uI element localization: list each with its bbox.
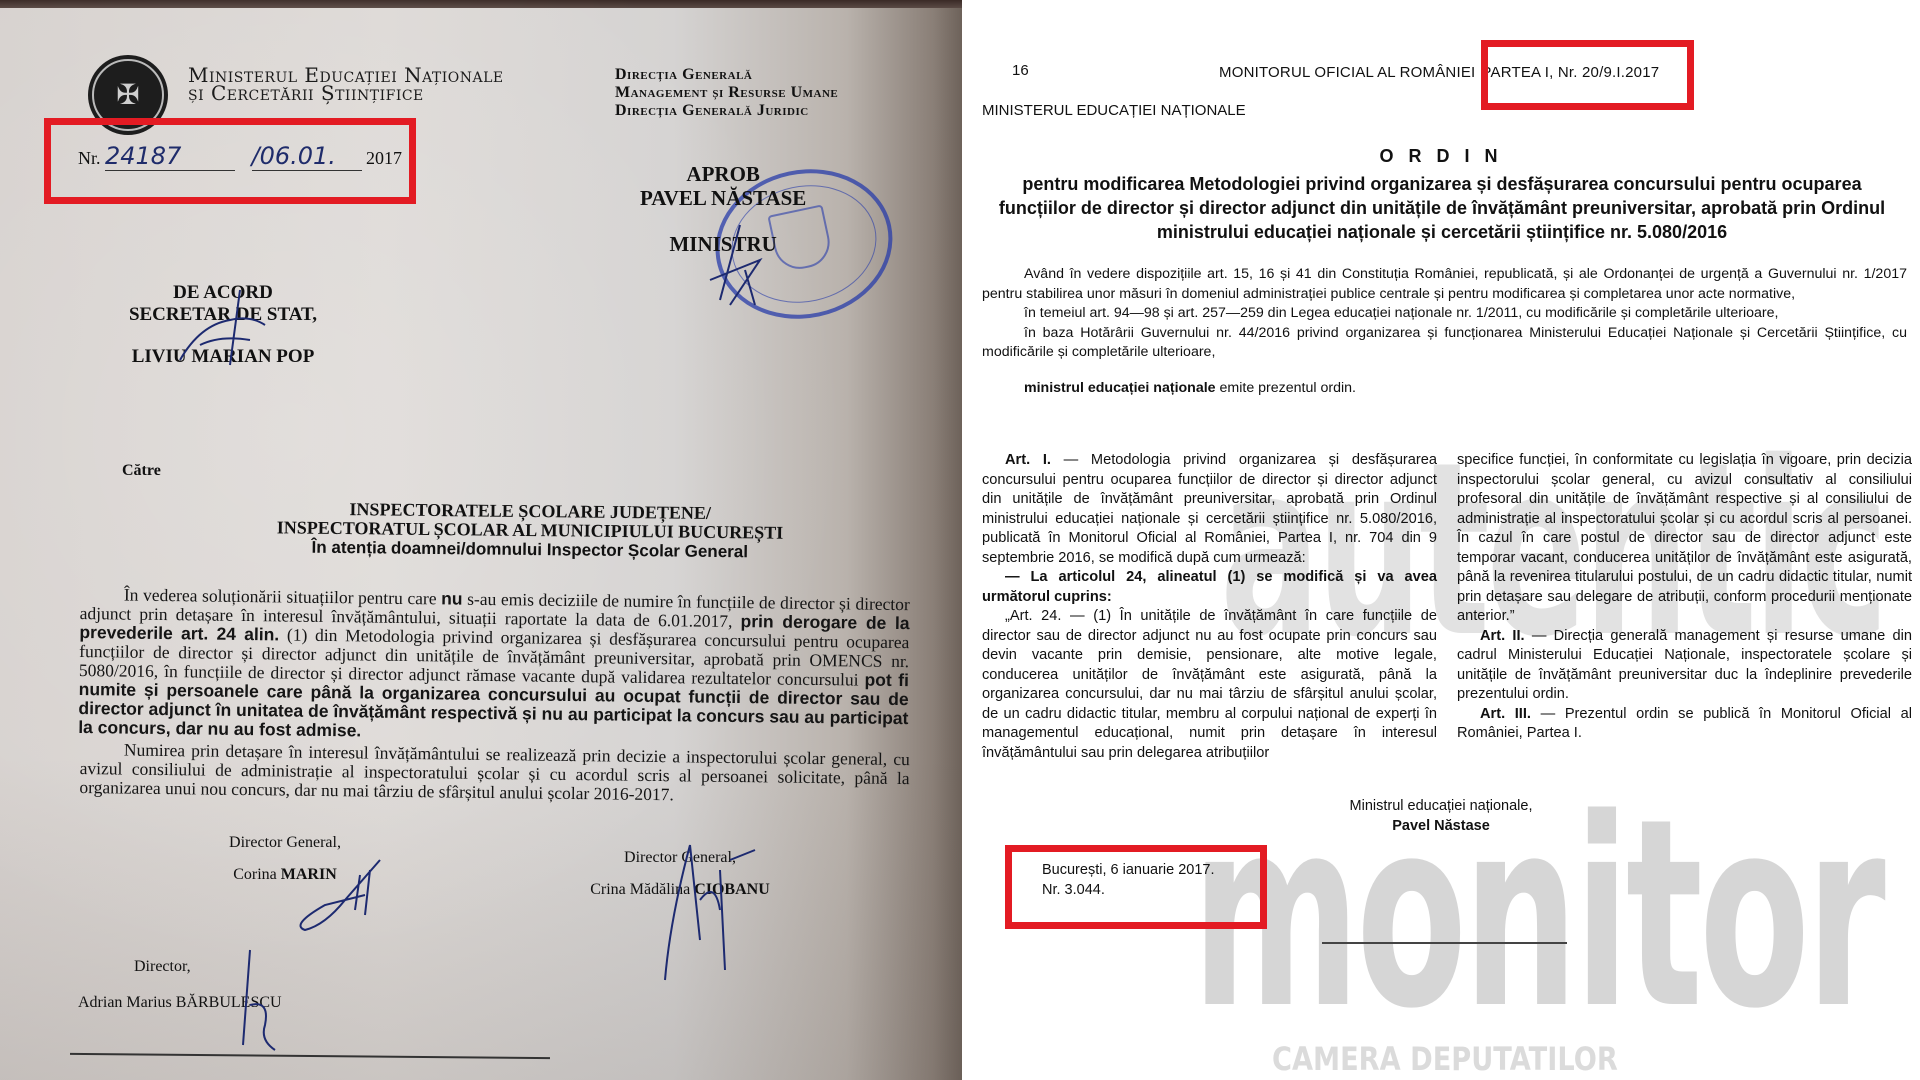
official-gazette-page: autentic monitor CAMERA DEPUTATILOR 16 M… [962,0,1920,1080]
article-24-quote: „Art. 24. — (1) În unitățile de învățămâ… [982,607,1437,763]
department-line3: Direcția Generală Juridic [615,102,838,120]
signatory-title: Director General, [205,833,365,853]
signatory-first-name: Adrian Marius [78,994,176,1011]
text-run-bold: ministrul educației naționale [1024,380,1216,396]
signatory-title: Ministrul educației naționale, [962,796,1920,816]
page-number: 16 [1012,62,1029,79]
order-title: O R D I N [962,146,1920,167]
minister-signature: Ministrul educației naționale, Pavel Năs… [962,796,1920,836]
department-line1: Direcția Generală [615,66,838,84]
addressee-block: INSPECTORATELE ȘCOLARE JUDEȚENE/ INSPECT… [150,498,911,563]
gazette-title: MONITORUL OFICIAL AL ROMÂNIEI [1219,64,1475,81]
department-block: Direcția Generală Management și Resurse … [615,66,838,120]
enacting-clause: ministrul educației naționale emite prez… [982,379,1907,399]
article-label: Art. I. [1005,452,1051,468]
signature-ciobanu-icon [660,840,760,990]
watermark-camera-deputatilor: CAMERA DEPUTATILOR [1272,1040,1618,1078]
preamble-paragraph: în temeiul art. 94—98 și art. 257—259 di… [982,304,1907,324]
text-run: emite prezentul ordin. [1216,380,1356,396]
highlight-box-issue [1481,40,1694,110]
approval-label: APROB [640,162,806,186]
article-24-quote-continued: specifice funcției, în conformitate cu l… [1457,451,1912,627]
article-label: Art. II. [1480,628,1525,644]
department-line2: Management și Resurse Umane [615,84,838,102]
amendment-text: — La articolul 24, alineatul (1) se modi… [982,569,1437,605]
preamble-paragraph: în baza Hotărârii Guvernului nr. 44/2016… [982,324,1907,363]
preamble: Având în vedere dispozițiile art. 15, 16… [982,265,1907,398]
letter-paragraph-1: În vederea soluționării situațiilor pent… [78,585,910,747]
text-run-bold: nu [441,588,463,608]
order-subtitle: pentru modificarea Metodologiei privind … [982,172,1902,244]
photo-ministry-letter: ✠ Ministerul Educației Naționale și Cerc… [0,0,962,1080]
highlight-box-date [1005,845,1267,929]
issuing-ministry: MINISTERUL EDUCAȚIEI NAȚIONALE [982,102,1246,119]
article-label: Art. III. [1480,706,1531,722]
article-2: Art. II. — Direcția generală management … [1457,627,1912,705]
signatory-first-name: Corina [233,866,281,883]
signature-barbulescu-icon [235,945,285,1055]
signature-secretary-icon [170,285,280,370]
article-1: Art. I. — Metodologia privind organizare… [982,451,1437,568]
signature-marin-icon [285,855,395,935]
highlight-box-registration [44,118,416,204]
column-left: Art. I. — Metodologia privind organizare… [982,451,1437,763]
approver-name: PAVEL NĂSTASE [640,186,806,210]
article-3: Art. III. — Prezentul ordin se publică î… [1457,705,1912,744]
to-label: Către [122,462,161,480]
article-text: — Direcția generală management și resurs… [1457,628,1912,703]
preamble-paragraph: Având în vedere dispozițiile art. 15, 16… [982,265,1907,304]
article-text: — Metodologia privind organizarea și des… [982,452,1437,566]
signature-minister-icon [700,220,780,310]
end-rule [1322,942,1567,944]
article-1-amendment: — La articolul 24, alineatul (1) se modi… [982,568,1437,607]
column-right: specifice funcției, în conformitate cu l… [1457,451,1912,744]
watermark-monitor: monitor [1192,805,1882,1025]
ministry-letterhead: Ministerul Educației Naționale și Cercet… [188,66,504,102]
signatory-name: Pavel Năstase [962,816,1920,836]
letter-paragraph-2: Numirea prin detașare în interesul învăț… [79,740,910,807]
